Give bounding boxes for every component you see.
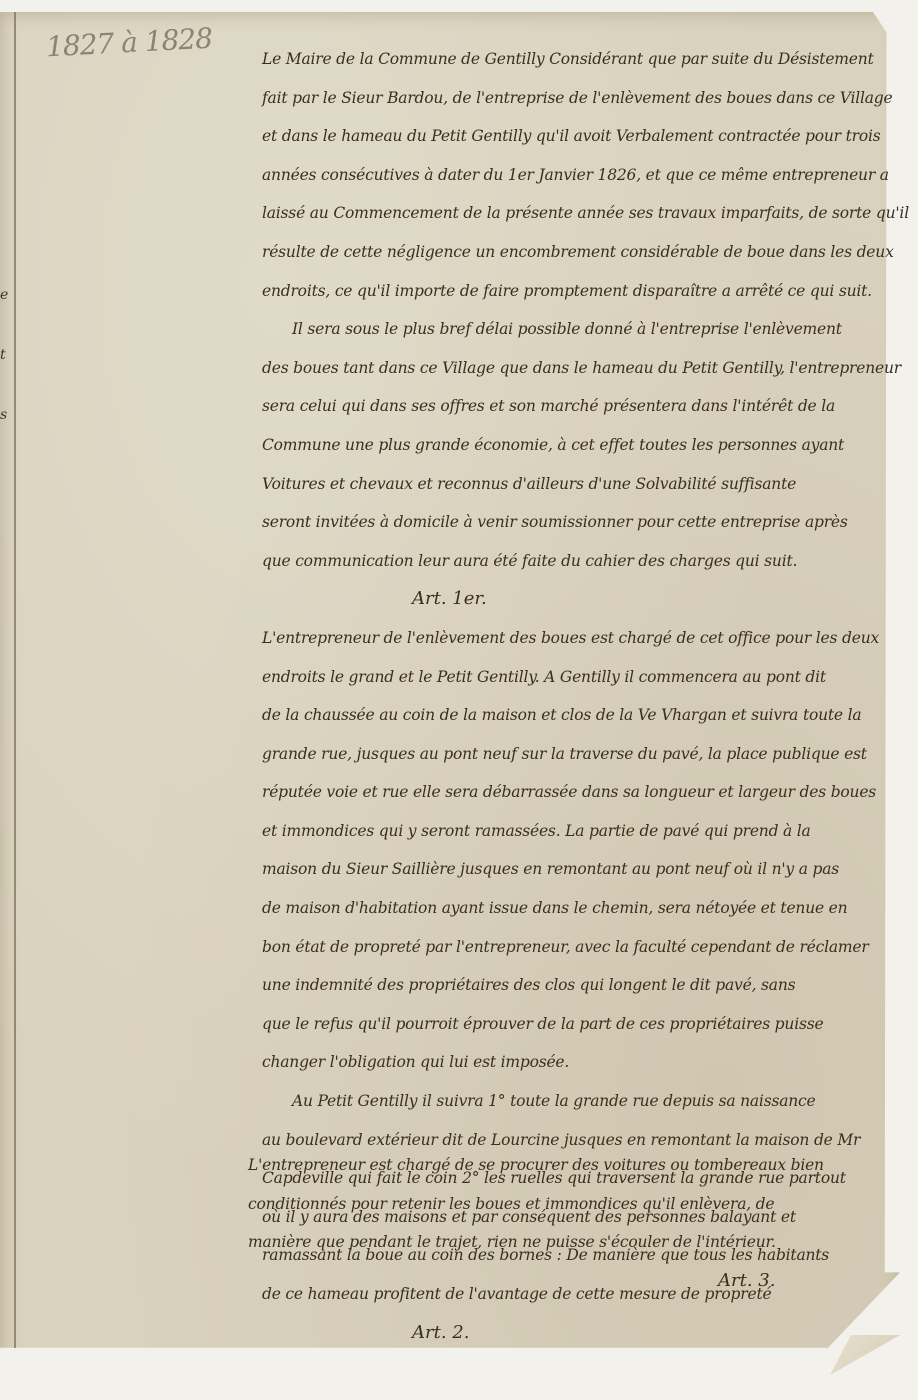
text-line: que communication leur aura été faite du… xyxy=(262,542,902,581)
text-line: seront invitées à domicile à venir soumi… xyxy=(262,503,902,542)
preamble: Le Maire de la Commune de Gentilly Consi… xyxy=(262,40,902,310)
fragment-char: s xyxy=(0,385,14,445)
text-line: L'entrepreneur est chargé de se procurer… xyxy=(248,1146,908,1185)
text-line: et dans le hameau du Petit Gentilly qu'i… xyxy=(262,117,902,156)
fragment-char: e xyxy=(0,265,14,325)
text-line: Commune une plus grande économie, à cet … xyxy=(262,426,902,465)
text-line: de la chaussée au coin de la maison et c… xyxy=(262,696,902,735)
text-line: années consécutives à dater du 1er Janvi… xyxy=(262,156,902,195)
text-line: Le Maire de la Commune de Gentilly Consi… xyxy=(262,40,902,79)
text-line: manière que pendant le trajet, rien ne p… xyxy=(248,1223,908,1262)
text-line: endroits le grand et le Petit Gentilly. … xyxy=(262,658,902,697)
text-line: de maison d'habitation ayant issue dans … xyxy=(262,889,902,928)
article-heading: Art. 2. xyxy=(262,1314,902,1353)
text-line: Voitures et chevaux et reconnus d'ailleu… xyxy=(262,465,902,504)
text-line: grande rue, jusques au pont neuf sur la … xyxy=(262,735,902,774)
text-line: changer l'obligation qui lui est imposée… xyxy=(262,1043,902,1082)
text-line: conditionnés pour retenir les boues et i… xyxy=(248,1185,908,1224)
text-line: endroits, ce qu'il importe de faire prom… xyxy=(262,272,902,311)
text-line: Il sera sous le plus bref délai possible… xyxy=(262,310,902,349)
text-line: et immondices qui y seront ramassées. La… xyxy=(262,812,902,851)
text-line: L'entrepreneur de l'enlèvement des boues… xyxy=(262,619,902,658)
text-line: fait par le Sieur Bardou, de l'entrepris… xyxy=(262,79,902,118)
text-line: bon état de propreté par l'entrepreneur,… xyxy=(262,928,902,967)
article-2: Art. 2. xyxy=(262,1314,902,1353)
article-3-heading: Art. 3. xyxy=(248,1262,908,1301)
text-line: Au Petit Gentilly il suivra 1° toute la … xyxy=(262,1082,902,1121)
text-line: maison du Sieur Saillière jusques en rem… xyxy=(262,850,902,889)
text-line: laissé au Commencement de la présente an… xyxy=(262,194,902,233)
text-line: que le refus qu'il pourroit éprouver de … xyxy=(262,1005,902,1044)
text-line: résulte de cette négligence un encombrem… xyxy=(262,233,902,272)
text-line: une indemnité des propriétaires des clos… xyxy=(262,966,902,1005)
decision-paragraph: Il sera sous le plus bref délai possible… xyxy=(262,310,902,580)
article-heading: Art. 1er. xyxy=(262,580,902,619)
text-line: sera celui qui dans ses offres et son ma… xyxy=(262,387,902,426)
text-line: des boues tant dans ce Village que dans … xyxy=(262,349,902,388)
fragment-char: t xyxy=(0,325,14,385)
adjacent-page-fragment: e t s xyxy=(0,265,14,445)
page-binding-edge xyxy=(14,12,16,1348)
article-2-body: L'entrepreneur est chargé de se procurer… xyxy=(248,1146,908,1300)
text-line: réputée voie et rue elle sera débarrassé… xyxy=(262,773,902,812)
